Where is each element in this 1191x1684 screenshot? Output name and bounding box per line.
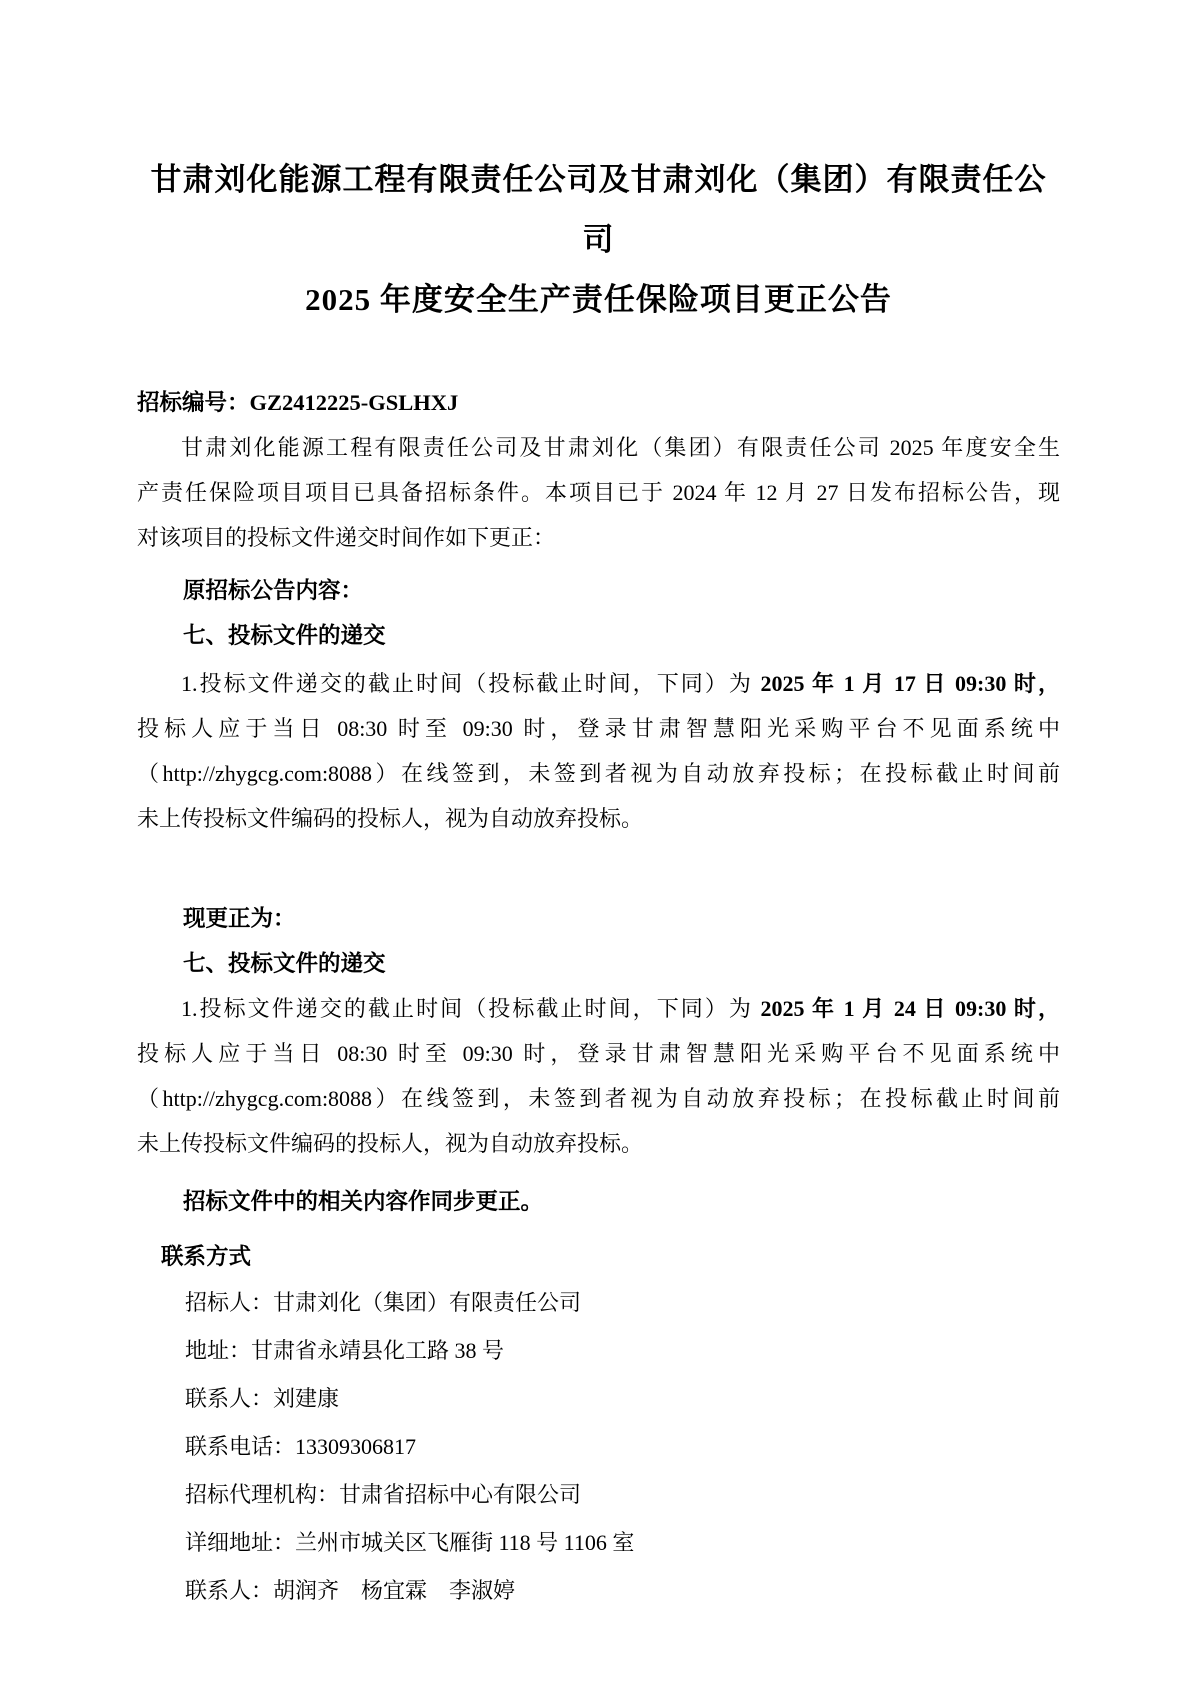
text-line: 1.投标文件递交的截止时间（投标截止时间，下同）为 2025 年 1 月 24 … [137, 986, 1060, 1031]
corrected-paragraph: 1.投标文件递交的截止时间（投标截止时间，下同）为 2025 年 1 月 24 … [137, 986, 1060, 1166]
text-segment: 联系人：胡润齐 杨宜霖 李淑婷 [185, 1578, 515, 1603]
text-segment: 未上传投标文件编码的投标人，视为自动放弃投标。 [137, 806, 643, 831]
text-line: （http://zhygcg.com:8088）在线签到，未签到者视为自动放弃投… [137, 1076, 1060, 1121]
contact-heading: 联系方式 [137, 1234, 1060, 1279]
text-segment: 招标人：甘肃刘化（集团）有限责任公司 [185, 1290, 581, 1315]
contact-block: 招标人：甘肃刘化（集团）有限责任公司地址：甘肃省永靖县化工路 38 号联系人：刘… [137, 1279, 1060, 1615]
text-segment: 1.投标文件递交的截止时间（投标截止时间，下同）为 [181, 996, 761, 1021]
tender-number-line: 招标编号：GZ2412225-GSLHXJ [137, 380, 1060, 425]
original-section-heading: 七、投标文件的递交 [137, 613, 1060, 658]
text-line: 产责任保险项目项目已具备招标条件。本项目已于 2024 年 12 月 27 日发… [137, 470, 1060, 515]
document-page: 甘肃刘化能源工程有限责任公司及甘肃刘化（集团）有限责任公司 2025 年度安全生… [0, 0, 1191, 1684]
text-segment: 投标人应于当日 08:30 时至 09:30 时，登录甘肃智慧阳光采购平台不见面… [137, 716, 1060, 741]
text-line: （http://zhygcg.com:8088）在线签到，未签到者视为自动放弃投… [137, 751, 1060, 796]
text-segment: 甘肃刘化能源工程有限责任公司及甘肃刘化（集团）有限责任公司 2025 年度安全生 [181, 435, 1060, 460]
document-content: 甘肃刘化能源工程有限责任公司及甘肃刘化（集团）有限责任公司 2025 年度安全生… [137, 0, 1060, 1615]
text-segment: （http://zhygcg.com:8088）在线签到，未签到者视为自动放弃投… [137, 1086, 1060, 1111]
document-title-line-2: 2025 年度安全生产责任保险项目更正公告 [137, 270, 1060, 330]
original-content-label: 原招标公告内容： [137, 568, 1060, 613]
text-segment: 详细地址：兰州市城关区飞雁街 118 号 1106 室 [185, 1530, 634, 1555]
text-line: 甘肃刘化能源工程有限责任公司及甘肃刘化（集团）有限责任公司 2025 年度安全生 [137, 425, 1060, 470]
text-segment: 2025 年 1 月 17 日 09:30 时， [761, 671, 1061, 696]
text-segment: 地址：甘肃省永靖县化工路 38 号 [185, 1338, 504, 1363]
text-line: 联系人：刘建康 [137, 1375, 1060, 1423]
text-line: 联系电话：13309306817 [137, 1423, 1060, 1471]
text-line: 招标人：甘肃刘化（集团）有限责任公司 [137, 1279, 1060, 1327]
text-line: 联系人：胡润齐 杨宜霖 李淑婷 [137, 1567, 1060, 1615]
text-segment: 产责任保险项目项目已具备招标条件。本项目已于 2024 年 12 月 27 日发… [137, 480, 1060, 505]
intro-paragraph: 甘肃刘化能源工程有限责任公司及甘肃刘化（集团）有限责任公司 2025 年度安全生… [137, 425, 1060, 560]
text-line: 未上传投标文件编码的投标人，视为自动放弃投标。 [137, 1121, 1060, 1166]
original-paragraph: 1.投标文件递交的截止时间（投标截止时间，下同）为 2025 年 1 月 17 … [137, 661, 1060, 841]
text-line: 未上传投标文件编码的投标人，视为自动放弃投标。 [137, 796, 1060, 841]
text-segment: 联系人：刘建康 [185, 1386, 339, 1411]
text-line: 详细地址：兰州市城关区飞雁街 118 号 1106 室 [137, 1519, 1060, 1567]
text-segment: 联系电话：13309306817 [185, 1434, 416, 1459]
text-segment: （http://zhygcg.com:8088）在线签到，未签到者视为自动放弃投… [137, 761, 1060, 786]
text-line: 投标人应于当日 08:30 时至 09:30 时，登录甘肃智慧阳光采购平台不见面… [137, 1031, 1060, 1076]
text-segment: 招标代理机构：甘肃省招标中心有限公司 [185, 1482, 581, 1507]
text-line: 对该项目的投标文件递交时间作如下更正： [137, 515, 1060, 560]
text-segment: 2025 年 1 月 24 日 09:30 时， [761, 996, 1061, 1021]
text-segment: 对该项目的投标文件递交时间作如下更正： [137, 525, 555, 550]
tender-number-value: GZ2412225-GSLHXJ [250, 390, 459, 415]
text-segment: 投标人应于当日 08:30 时至 09:30 时，登录甘肃智慧阳光采购平台不见面… [137, 1041, 1060, 1066]
text-line: 招标代理机构：甘肃省招标中心有限公司 [137, 1471, 1060, 1519]
text-segment: 1.投标文件递交的截止时间（投标截止时间，下同）为 [181, 671, 761, 696]
text-segment: 未上传投标文件编码的投标人，视为自动放弃投标。 [137, 1131, 643, 1156]
text-line: 1.投标文件递交的截止时间（投标截止时间，下同）为 2025 年 1 月 17 … [137, 661, 1060, 706]
text-line: 投标人应于当日 08:30 时至 09:30 时，登录甘肃智慧阳光采购平台不见面… [137, 706, 1060, 751]
tender-number-label: 招标编号： [137, 390, 250, 415]
corrected-label: 现更正为： [137, 896, 1060, 941]
sync-correction-note: 招标文件中的相关内容作同步更正。 [137, 1179, 1060, 1224]
text-line: 地址：甘肃省永靖县化工路 38 号 [137, 1327, 1060, 1375]
corrected-section-heading: 七、投标文件的递交 [137, 941, 1060, 986]
document-title: 甘肃刘化能源工程有限责任公司及甘肃刘化（集团）有限责任公司 2025 年度安全生… [137, 150, 1060, 330]
document-title-line-1: 甘肃刘化能源工程有限责任公司及甘肃刘化（集团）有限责任公司 [137, 150, 1060, 270]
